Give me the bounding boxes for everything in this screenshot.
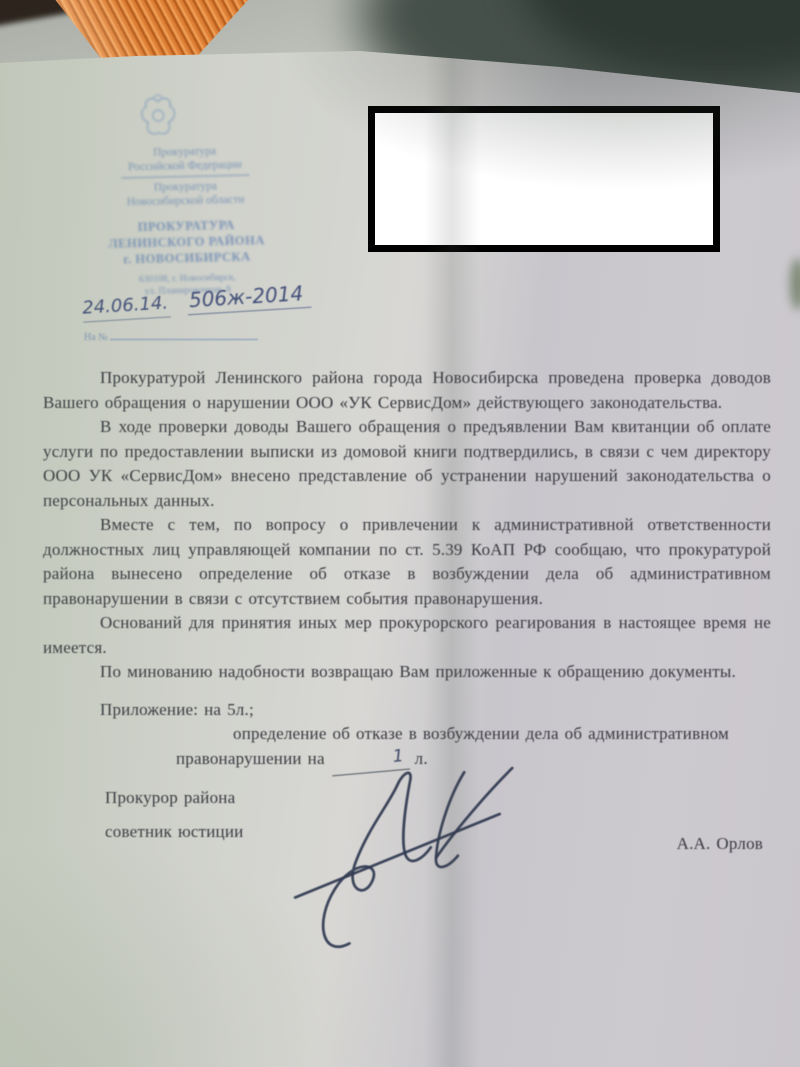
attachment-label: Приложение: на 5л.; (43, 698, 771, 723)
signature-icon (291, 762, 531, 962)
signature-block: Прокурор района советник юстиции А.А. Ор… (43, 784, 771, 1034)
document-page: Прокуратура Российской Федерации Прокура… (0, 0, 800, 1067)
edge-smudge (790, 258, 800, 310)
coat-of-arms-icon (135, 92, 180, 139)
signer-title-line1: Прокурор района (48, 786, 235, 811)
paragraph: Прокуратурой Ленинского района города Но… (43, 366, 771, 415)
signer-title-line2: советник юстиции (48, 820, 243, 845)
incoming-ref-line: На № (84, 331, 258, 343)
attachment-desc-line1: определение об отказе в возбуждении дела… (233, 724, 729, 743)
paragraph: Вместе с тем, по вопросу о привлечении к… (43, 513, 771, 611)
paragraph: В ходе проверки доводы Вашего обращения … (43, 415, 771, 513)
letter-body: Прокуратурой Ленинского района города Но… (43, 366, 771, 1034)
incoming-ref-blank (110, 331, 258, 340)
incoming-ref-prefix: На № (84, 332, 108, 343)
redaction-box (368, 106, 720, 252)
signer-name: А.А. Орлов (620, 832, 763, 857)
letterhead-divider (121, 175, 249, 179)
handwritten-date: 24.06.14. (82, 292, 171, 322)
attachment-section: Приложение: на 5л.; определение об отказ… (43, 698, 771, 773)
paragraph: По минованию надобности возвращаю Вам пр… (43, 660, 771, 685)
paragraph: Оснований для принятия иных мер прокурор… (43, 611, 771, 660)
photo-of-document: Прокуратура Российской Федерации Прокура… (0, 0, 800, 1067)
letterhead-stamp: Прокуратура Российской Федерации Прокура… (76, 90, 296, 300)
